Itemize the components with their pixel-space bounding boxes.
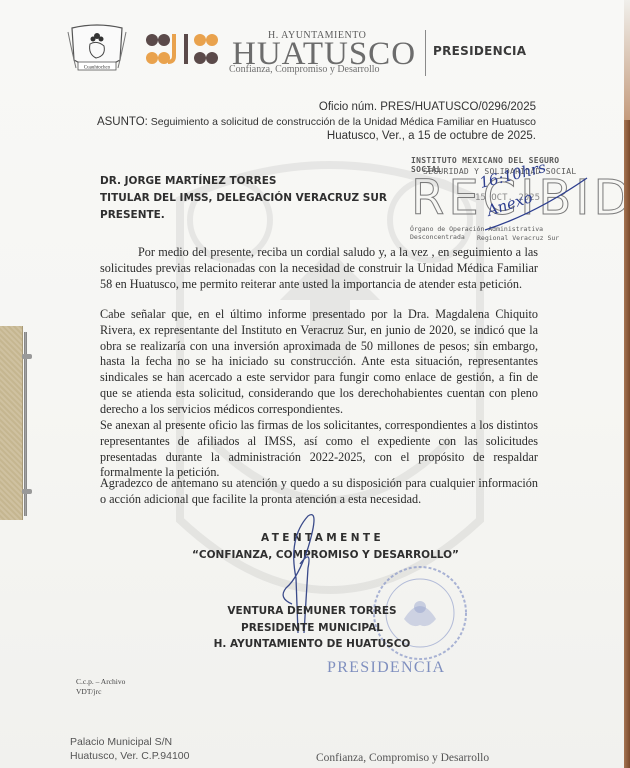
svg-text:Cuauhtochco: Cuauhtochco: [84, 66, 111, 71]
received-stamp: INSTITUTO MEXICANO DEL SEGURO SOCIAL SEG…: [405, 150, 595, 245]
svg-text:Anexo: Anexo: [483, 188, 535, 220]
footer-tagline: Confianza, Compromiso y Desarrollo: [316, 752, 489, 764]
binder-clip-knob-icon: [22, 354, 32, 359]
office-number: Oficio núm. PRES/HUATUSCO/0296/2025: [319, 101, 536, 113]
copies-block: C.c.p. – Archivo VDT/jrc: [76, 677, 125, 697]
body-paragraph: Por medio del presente, reciba un cordia…: [100, 245, 538, 292]
stamp-region: Regional Veracruz Sur: [477, 234, 559, 242]
footer-address-line1: Palacio Municipal S/N: [70, 735, 189, 749]
subject-label: ASUNTO:: [97, 116, 148, 128]
signer-institution: H. AYUNTAMIENTO DE HUATUSCO: [180, 636, 444, 653]
addressee-title: TITULAR DEL IMSS, DELEGACIÓN VERACRUZ SU…: [100, 190, 387, 207]
huatusco-logo-icon: [144, 30, 220, 68]
coat-of-arms-icon: Cuauhtochco: [66, 22, 128, 76]
department-name: PRESIDENCIA: [433, 44, 526, 58]
signer-block: VENTURA DEMUNER TORRES PRESIDENTE MUNICI…: [180, 603, 444, 653]
letter-page: Cuauhtochco H. AYUNTAMIENTO HUATUSCO Con…: [0, 0, 624, 768]
addressee-name: DR. JORGE MARTÍNEZ TORRES: [100, 173, 387, 190]
handwritten-annotation-icon: 16:10hrs Anexo: [475, 164, 595, 234]
addressee-block: DR. JORGE MARTÍNEZ TORRES TITULAR DEL IM…: [100, 173, 387, 224]
footer-address: Palacio Municipal S/N Huatusco, Ver. C.P…: [70, 735, 189, 763]
place-date: Huatusco, Ver., a 15 de octubre de 2025.: [327, 130, 536, 142]
cc-line: C.c.p. – Archivo: [76, 677, 125, 687]
subject-text: Seguimiento a solicitud de construcción …: [151, 116, 536, 128]
signer-position: PRESIDENTE MUNICIPAL: [180, 620, 444, 637]
svg-text:16:10hrs: 16:10hrs: [478, 164, 548, 192]
body-paragraph: Agradezco de antemano su atención y qued…: [100, 476, 538, 508]
seal-label: PRESIDENCIA: [327, 659, 445, 677]
footer-address-line2: Huatusco, Ver. C.P.94100: [70, 749, 189, 763]
body-paragraph: Se anexan al presente oficio las firmas …: [100, 418, 538, 481]
background-edge: [624, 0, 630, 120]
signer-name: VENTURA DEMUNER TORRES: [180, 603, 444, 620]
initials-line: VDT/jrc: [76, 687, 125, 697]
body-paragraph: Cabe señalar que, en el último informe p…: [100, 307, 538, 418]
wooden-surface-edge: [624, 120, 630, 768]
header-tagline: Confianza, Compromiso y Desarrollo: [229, 64, 380, 75]
subject-line: ASUNTO: Seguimiento a solicitud de const…: [97, 116, 536, 128]
header-divider: [425, 30, 426, 76]
addressee-salutation: PRESENTE.: [100, 207, 387, 224]
binder-clip-knob-icon: [22, 489, 32, 494]
folder-binder: [0, 326, 23, 520]
